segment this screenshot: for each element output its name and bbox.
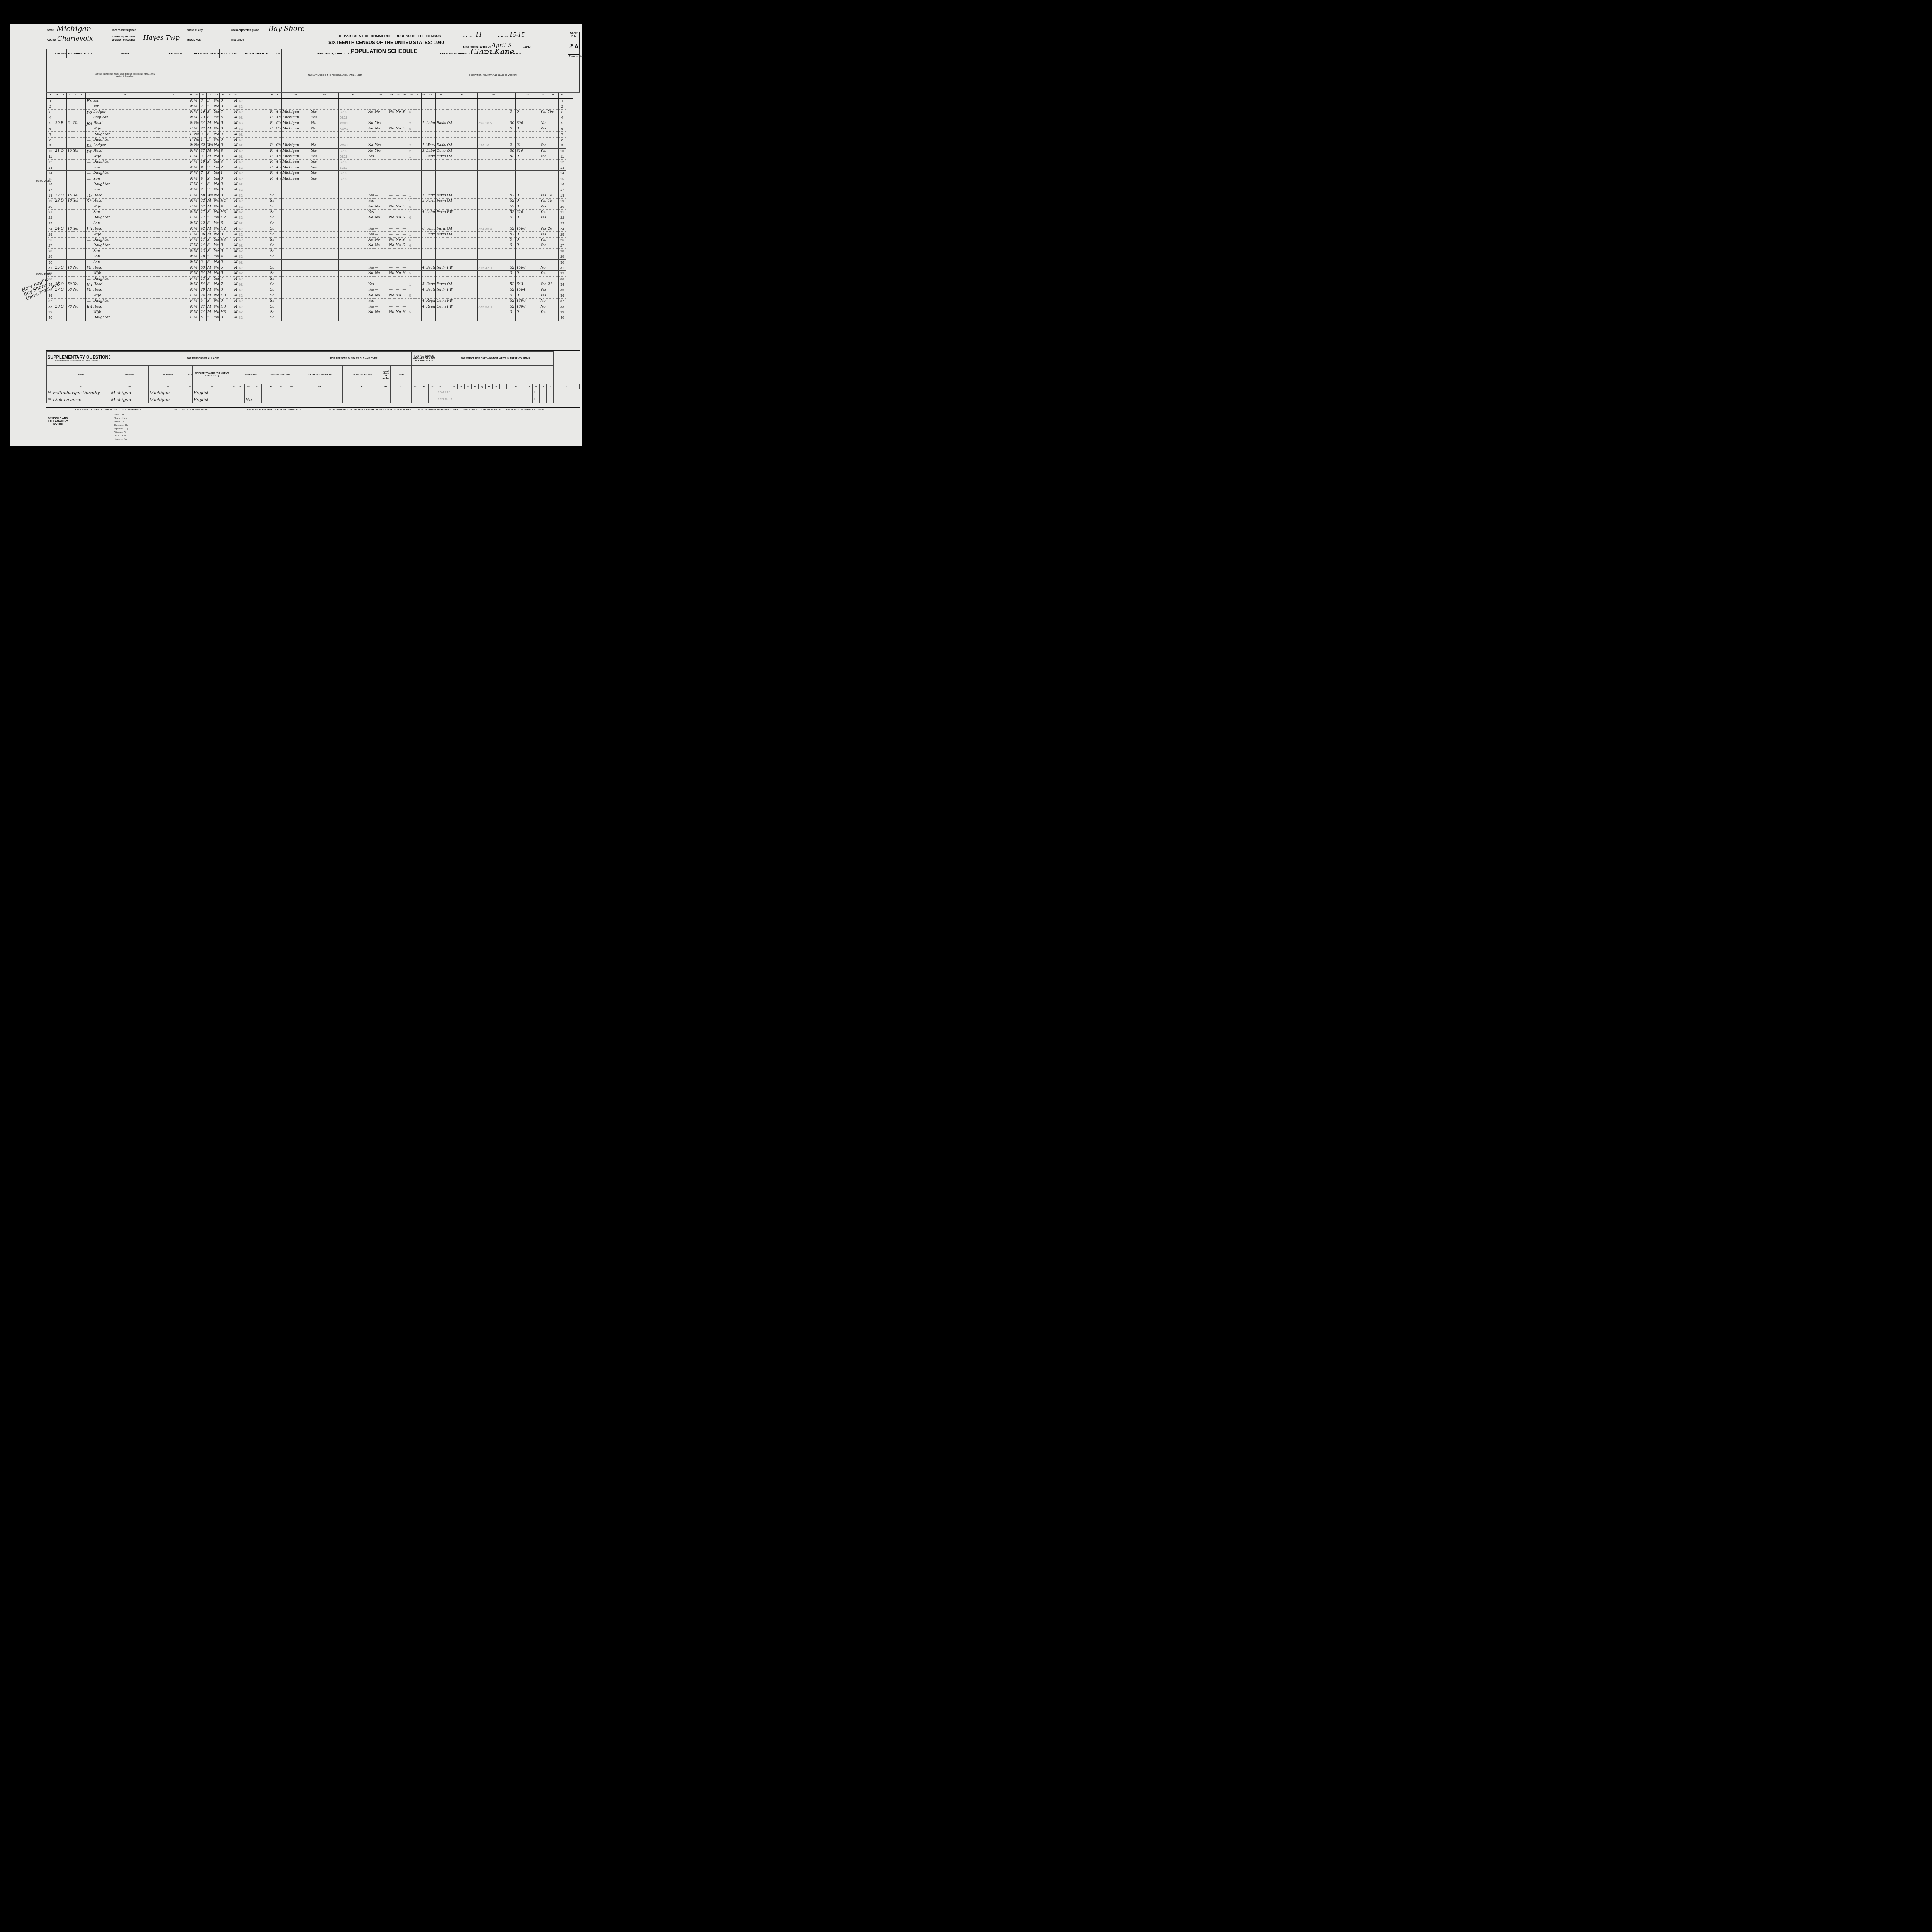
- birthplace-code: 62: [238, 132, 269, 137]
- birthplace-code: 62: [238, 104, 269, 109]
- farm-flag: [72, 315, 78, 321]
- dwelling-number: [54, 171, 60, 176]
- education-code: [226, 121, 233, 126]
- farm-residence: [78, 282, 86, 287]
- sex: M: [189, 176, 193, 182]
- activity-code: S: [401, 109, 408, 115]
- supp-column-number: 36: [110, 384, 149, 389]
- state-1935: [282, 226, 310, 231]
- education-code: [226, 109, 233, 115]
- relation: Head: [92, 304, 158, 310]
- class-of-worker: OA: [446, 143, 478, 148]
- person-name: Yahr Edward: [85, 265, 92, 270]
- seeking-work: —: [388, 143, 395, 148]
- activity-code: [401, 182, 408, 187]
- hours-worked: [415, 299, 421, 304]
- sex: M: [189, 104, 193, 109]
- residence-1935: Same House: [269, 209, 275, 215]
- census-title: SIXTEENTH CENSUS OF THE UNITED STATES: 1…: [328, 40, 444, 45]
- race: Neg: [193, 137, 200, 143]
- residence-1935: Same House: [269, 299, 275, 304]
- race: W: [193, 265, 200, 270]
- school-attendance: No: [213, 137, 219, 143]
- activity-code: [401, 104, 408, 109]
- relation: Wife: [92, 293, 158, 298]
- activity-code: S: [401, 215, 408, 221]
- race: Neg: [193, 132, 200, 137]
- person-name: — Harry: [85, 165, 92, 170]
- supp-col-name: NAME: [52, 366, 110, 384]
- wages: [515, 176, 539, 182]
- hours-worked: [415, 160, 421, 165]
- industry: [436, 98, 446, 104]
- table-row: 15— BruceSonMW6SYes0Michigan62RAntrimMic…: [47, 176, 580, 182]
- school-attendance: No: [213, 304, 219, 310]
- column-number: 13: [213, 93, 219, 99]
- other-income: [539, 248, 547, 254]
- school-attendance: No: [213, 193, 219, 198]
- public-emergency: [374, 248, 388, 254]
- weeks-worked: 0: [509, 215, 515, 221]
- line-number-right: 30: [558, 260, 566, 265]
- occupation-code: [478, 310, 509, 315]
- relation: Daughter: [92, 160, 158, 165]
- at-work: No: [367, 121, 374, 126]
- seeking-work: [388, 115, 395, 121]
- marital-status: M: [206, 265, 213, 270]
- marital-status: S: [206, 182, 213, 187]
- seeking-work: No: [388, 310, 395, 315]
- activity-code: —: [401, 304, 408, 310]
- county-1935: [275, 132, 281, 137]
- residence-1935: [269, 182, 275, 187]
- highest-grade: H3: [220, 237, 226, 243]
- weeks-unemployed: [422, 137, 425, 143]
- industry: Farm: [436, 282, 446, 287]
- race: W: [193, 209, 200, 215]
- relation-code: [158, 193, 189, 198]
- other-income: No: [539, 265, 547, 270]
- table-row: 37— MaryDaughterFW5SNo0Michigan62Same Ho…: [47, 299, 580, 304]
- ss-deductions: [276, 389, 286, 396]
- class-of-worker: [446, 109, 478, 115]
- relation-code: [158, 187, 189, 193]
- farm-flag: [72, 104, 78, 109]
- race: W: [193, 115, 200, 121]
- birthplace-code: 62: [238, 271, 269, 276]
- farm-1935: [310, 254, 339, 259]
- sex: M: [189, 165, 193, 170]
- table-row: 28— LeroySonMW13SYes6Michigan62Same Hous…: [47, 248, 580, 254]
- marital-status: S: [206, 221, 213, 226]
- residence-code: [338, 271, 367, 276]
- public-emergency: [374, 132, 388, 137]
- class-of-worker: [446, 176, 478, 182]
- residence-code: 6232: [338, 115, 367, 121]
- occupation-code: [478, 165, 509, 170]
- school-attendance: No: [213, 121, 219, 126]
- education-code: [226, 98, 233, 104]
- wages: 1560: [515, 265, 539, 270]
- home-value: [66, 221, 72, 226]
- residence-1935: R: [269, 115, 275, 121]
- residence-1935: R: [269, 109, 275, 115]
- home-value: [66, 204, 72, 209]
- farm-schedule: [547, 237, 559, 243]
- population-table: LOCATION HOUSEHOLD DATA NAME RELATION PE…: [46, 49, 580, 321]
- sd-value: 11: [475, 32, 482, 38]
- all-ages-group: FOR PERSONS OF ALL AGES: [110, 352, 296, 366]
- wages: 0: [515, 237, 539, 243]
- birthplace: Michigan: [233, 204, 238, 209]
- race: W: [193, 232, 200, 237]
- weeks-worked: 0: [509, 310, 515, 315]
- relation: Son: [92, 260, 158, 265]
- farm-flag: [72, 310, 78, 315]
- line-number: 34: [47, 282, 54, 287]
- sex: M: [189, 265, 193, 270]
- highest-grade: 8: [220, 232, 226, 237]
- industry: [436, 237, 446, 243]
- column-number: 21: [374, 93, 388, 99]
- wages: [515, 187, 539, 193]
- office-use-group: FOR OFFICE USE ONLY—DO NOT WRITE IN THES…: [437, 352, 554, 366]
- farm-schedule: [547, 299, 559, 304]
- has-job: No: [395, 271, 401, 276]
- line-number: 3: [47, 109, 54, 115]
- school-attendance: Yes: [213, 176, 219, 182]
- marital-status: S: [206, 299, 213, 304]
- state-1935: [282, 237, 310, 243]
- home-value: 700: [66, 304, 72, 310]
- highest-grade: 4: [220, 204, 226, 209]
- wages: [515, 160, 539, 165]
- at-work: No: [367, 243, 374, 248]
- hours-worked: [415, 209, 421, 215]
- home-tenure: [60, 221, 66, 226]
- industry: Cement Co: [436, 299, 446, 304]
- hours-worked: [415, 204, 421, 209]
- farm-residence: [78, 171, 86, 176]
- dwelling-number: [54, 221, 60, 226]
- at-work: Yes: [367, 304, 374, 310]
- residence-1935: Same House: [269, 221, 275, 226]
- supp-col-code: CODE: [187, 366, 193, 384]
- class-of-worker: OA: [446, 121, 478, 126]
- county-1935: Charlevoix: [275, 126, 281, 131]
- birthplace-code: 62: [238, 187, 269, 193]
- county-1935: Antrim: [275, 109, 281, 115]
- ed-value: 15-15: [509, 32, 525, 38]
- has-job: [395, 115, 401, 121]
- race-code-item: Hindu ... Hin: [114, 434, 160, 438]
- age: 42: [200, 226, 206, 231]
- relation-code: [158, 293, 189, 298]
- class-of-worker: [446, 171, 478, 176]
- public-emergency: —: [374, 154, 388, 159]
- column-number: 9: [189, 93, 193, 99]
- at-work: Yes: [367, 265, 374, 270]
- highest-grade: 3: [220, 160, 226, 165]
- farm-1935: [310, 187, 339, 193]
- e-code: 5: [408, 293, 415, 298]
- home-value: [66, 160, 72, 165]
- highest-grade: 8: [220, 148, 226, 154]
- at-work: [367, 137, 374, 143]
- marital-status: M: [206, 126, 213, 131]
- has-job: —: [395, 154, 401, 159]
- county-1935: [275, 204, 281, 209]
- birthplace-code: 62: [238, 287, 269, 293]
- person-name: — Leona: [85, 243, 92, 248]
- relation: Son: [92, 254, 158, 259]
- home-value: [66, 260, 72, 265]
- home-tenure: [60, 187, 66, 193]
- home-value: 500: [66, 287, 72, 293]
- weeks-unemployed: [422, 109, 425, 115]
- birthplace-code: 62: [238, 221, 269, 226]
- farm-flag: [72, 254, 78, 259]
- occupation-description: OCCUPATION, INDUSTRY, AND CLASS OF WORKE…: [446, 58, 539, 93]
- e-code: 6: [408, 243, 415, 248]
- supp-col-usual-industry: USUAL INDUSTRY: [343, 366, 381, 384]
- occupation: [425, 98, 435, 104]
- supp-column-number: T: [500, 384, 507, 389]
- highest-grade: H3: [220, 310, 226, 315]
- age: 16: [200, 109, 206, 115]
- other-income: Yes: [539, 126, 547, 131]
- activity-code: [401, 165, 408, 170]
- column-number: 28: [436, 93, 446, 99]
- highest-grade: 6: [220, 271, 226, 276]
- home-value: [66, 143, 72, 148]
- marital-status: M: [206, 287, 213, 293]
- education-code: [226, 226, 233, 231]
- occupation: [425, 132, 435, 137]
- column-number: 32: [539, 93, 547, 99]
- residence-1935: Same House: [269, 237, 275, 243]
- marriage-more-than-once: [412, 396, 420, 403]
- age: 1: [200, 137, 206, 143]
- home-value: [66, 109, 72, 115]
- other-income: [539, 176, 547, 182]
- farm-residence: [78, 254, 86, 259]
- seeking-work: [388, 98, 395, 104]
- state-1935: [282, 182, 310, 187]
- e-code: 5: [408, 271, 415, 276]
- relation-code: [158, 276, 189, 282]
- relation: Daughter: [92, 243, 158, 248]
- other-income: [539, 254, 547, 259]
- supp-column-number: H: [231, 384, 236, 389]
- person-name: — Jacqueline: [85, 137, 92, 143]
- table-row: 21— CliffordSonMW27SNoH3Michigan62Same H…: [47, 209, 580, 215]
- person-name: — Helen O: [85, 293, 92, 298]
- supp-column-number: 37: [149, 384, 187, 389]
- age: 2: [200, 104, 206, 109]
- column-number: [566, 93, 573, 99]
- education-code: [226, 187, 233, 193]
- dwelling-number: [54, 137, 60, 143]
- supp-column-number: M: [451, 384, 458, 389]
- weeks-unemployed: [422, 182, 425, 187]
- seeking-work: [388, 276, 395, 282]
- school-attendance: No: [213, 187, 219, 193]
- residence-1935: Same House: [269, 265, 275, 270]
- supp-column-number: W: [533, 384, 540, 389]
- office-code: [547, 389, 554, 396]
- at-work: [367, 276, 374, 282]
- dwelling-number: 28: [54, 304, 60, 310]
- hours-worked: [415, 276, 421, 282]
- residence-code: [338, 187, 367, 193]
- person-name: — Earl: [85, 187, 92, 193]
- line-number: 36: [47, 293, 54, 298]
- home-value: [66, 254, 72, 259]
- farm-residence: [78, 209, 86, 215]
- weeks-unemployed: [422, 154, 425, 159]
- seeking-work: [388, 132, 395, 137]
- person-name: Struthers John W: [85, 199, 92, 204]
- occupation-code: [478, 276, 509, 282]
- education-code: [226, 215, 233, 221]
- at-work: [367, 315, 374, 321]
- line-number: 14: [47, 171, 54, 176]
- birthplace: Michigan: [233, 193, 238, 198]
- person-name: — Mary: [85, 299, 92, 304]
- group-education: EDUCATION: [220, 49, 238, 58]
- residence-1935: R: [269, 154, 275, 159]
- occupation-code: [478, 98, 509, 104]
- class-of-worker: PW: [446, 265, 478, 270]
- weeks-worked: [509, 176, 515, 182]
- hours-worked: [415, 226, 421, 231]
- occupation: [425, 115, 435, 121]
- county-1935: Antrim: [275, 165, 281, 170]
- occupation-code: [478, 109, 509, 115]
- education-code: [226, 254, 233, 259]
- has-job: —: [395, 143, 401, 148]
- sex: F: [189, 276, 193, 282]
- age: 13: [200, 115, 206, 121]
- person-name: — Dorothy: [85, 171, 92, 176]
- highest-grade: 0: [220, 132, 226, 137]
- county-1935: [275, 98, 281, 104]
- person-name: — Leona: [85, 276, 92, 282]
- home-tenure: O: [60, 304, 66, 310]
- person-name: Tolandy Mary O: [85, 193, 92, 198]
- county-1935: [275, 282, 281, 287]
- table-row: 3Ford WilliamLodgerMW16SYes7Michigan62RA…: [47, 109, 580, 115]
- person-name: — Bruce: [85, 176, 92, 182]
- has-job: —: [395, 287, 401, 293]
- column-group-row: LOCATION HOUSEHOLD DATA NAME RELATION PE…: [47, 49, 580, 58]
- sex: F: [189, 215, 193, 221]
- other-income: No: [539, 304, 547, 310]
- column-number: 29: [446, 93, 478, 99]
- race: W: [193, 148, 200, 154]
- has-job: [395, 315, 401, 321]
- residence-code: [338, 237, 367, 243]
- hours-worked: [415, 126, 421, 131]
- other-income: Yes: [539, 232, 547, 237]
- residence-1935: R: [269, 171, 275, 176]
- has-job: [395, 132, 401, 137]
- public-emergency: —: [374, 265, 388, 270]
- occupation: [425, 126, 435, 131]
- marital-status: S: [206, 132, 213, 137]
- occupation: [425, 260, 435, 265]
- class-of-worker: [446, 126, 478, 131]
- column-number: 4: [66, 93, 72, 99]
- person-name: Johnson Daughtery: [85, 121, 92, 126]
- relation: son: [92, 104, 158, 109]
- farm-residence: [78, 160, 86, 165]
- state-1935: [282, 254, 310, 259]
- birthplace-code: 62: [238, 176, 269, 182]
- line-number-right: 27: [558, 243, 566, 248]
- county-1935: Charlevoix: [275, 121, 281, 126]
- public-emergency: —: [374, 304, 388, 310]
- column-number: 26: [422, 93, 425, 99]
- weeks-worked: 52: [509, 265, 515, 270]
- state-1935: [282, 215, 310, 221]
- line-number-right: 4: [558, 115, 566, 121]
- public-emergency: [374, 171, 388, 176]
- office-code: [540, 396, 547, 403]
- relation: Head: [92, 193, 158, 198]
- public-emergency: [374, 260, 388, 265]
- birthplace-code: 62: [238, 171, 269, 176]
- activity-code: H: [401, 310, 408, 315]
- person-name: — Catherine: [85, 154, 92, 159]
- birthplace-code: 62: [238, 148, 269, 154]
- race: W: [193, 282, 200, 287]
- state-1935: [282, 287, 310, 293]
- residence-code: [338, 221, 367, 226]
- occupation-code: [478, 137, 509, 143]
- farm-schedule: [547, 104, 559, 109]
- residence-1935: Same House: [269, 248, 275, 254]
- farm-schedule: [547, 215, 559, 221]
- farm-residence: [78, 271, 86, 276]
- relation-code: [158, 126, 189, 131]
- line-number: 18: [47, 193, 54, 198]
- weeks-worked: 52: [509, 193, 515, 198]
- home-tenure: [60, 165, 66, 170]
- home-value: [66, 104, 72, 109]
- relation: Daughter: [92, 132, 158, 137]
- highest-grade: 7: [220, 282, 226, 287]
- marital-status: S: [206, 137, 213, 143]
- education-code: [226, 143, 233, 148]
- line-number: 27: [47, 243, 54, 248]
- birthplace-code: 62: [238, 260, 269, 265]
- state-1935: Michigan: [282, 115, 310, 121]
- activity-code: [401, 176, 408, 182]
- activity-code: H: [401, 271, 408, 276]
- hours-worked: [415, 121, 421, 126]
- school-attendance: Yes: [213, 221, 219, 226]
- supp-col-veterans: VETERANS: [236, 366, 266, 384]
- seeking-work: —: [388, 282, 395, 287]
- table-row: 7— MarilynDaughterFNeg3SNo0Michigan627: [47, 132, 580, 137]
- race: W: [193, 199, 200, 204]
- farm-1935: Yes: [310, 154, 339, 159]
- residence-code: [338, 204, 367, 209]
- class-of-worker: PW: [446, 299, 478, 304]
- seeking-work: No: [388, 293, 395, 298]
